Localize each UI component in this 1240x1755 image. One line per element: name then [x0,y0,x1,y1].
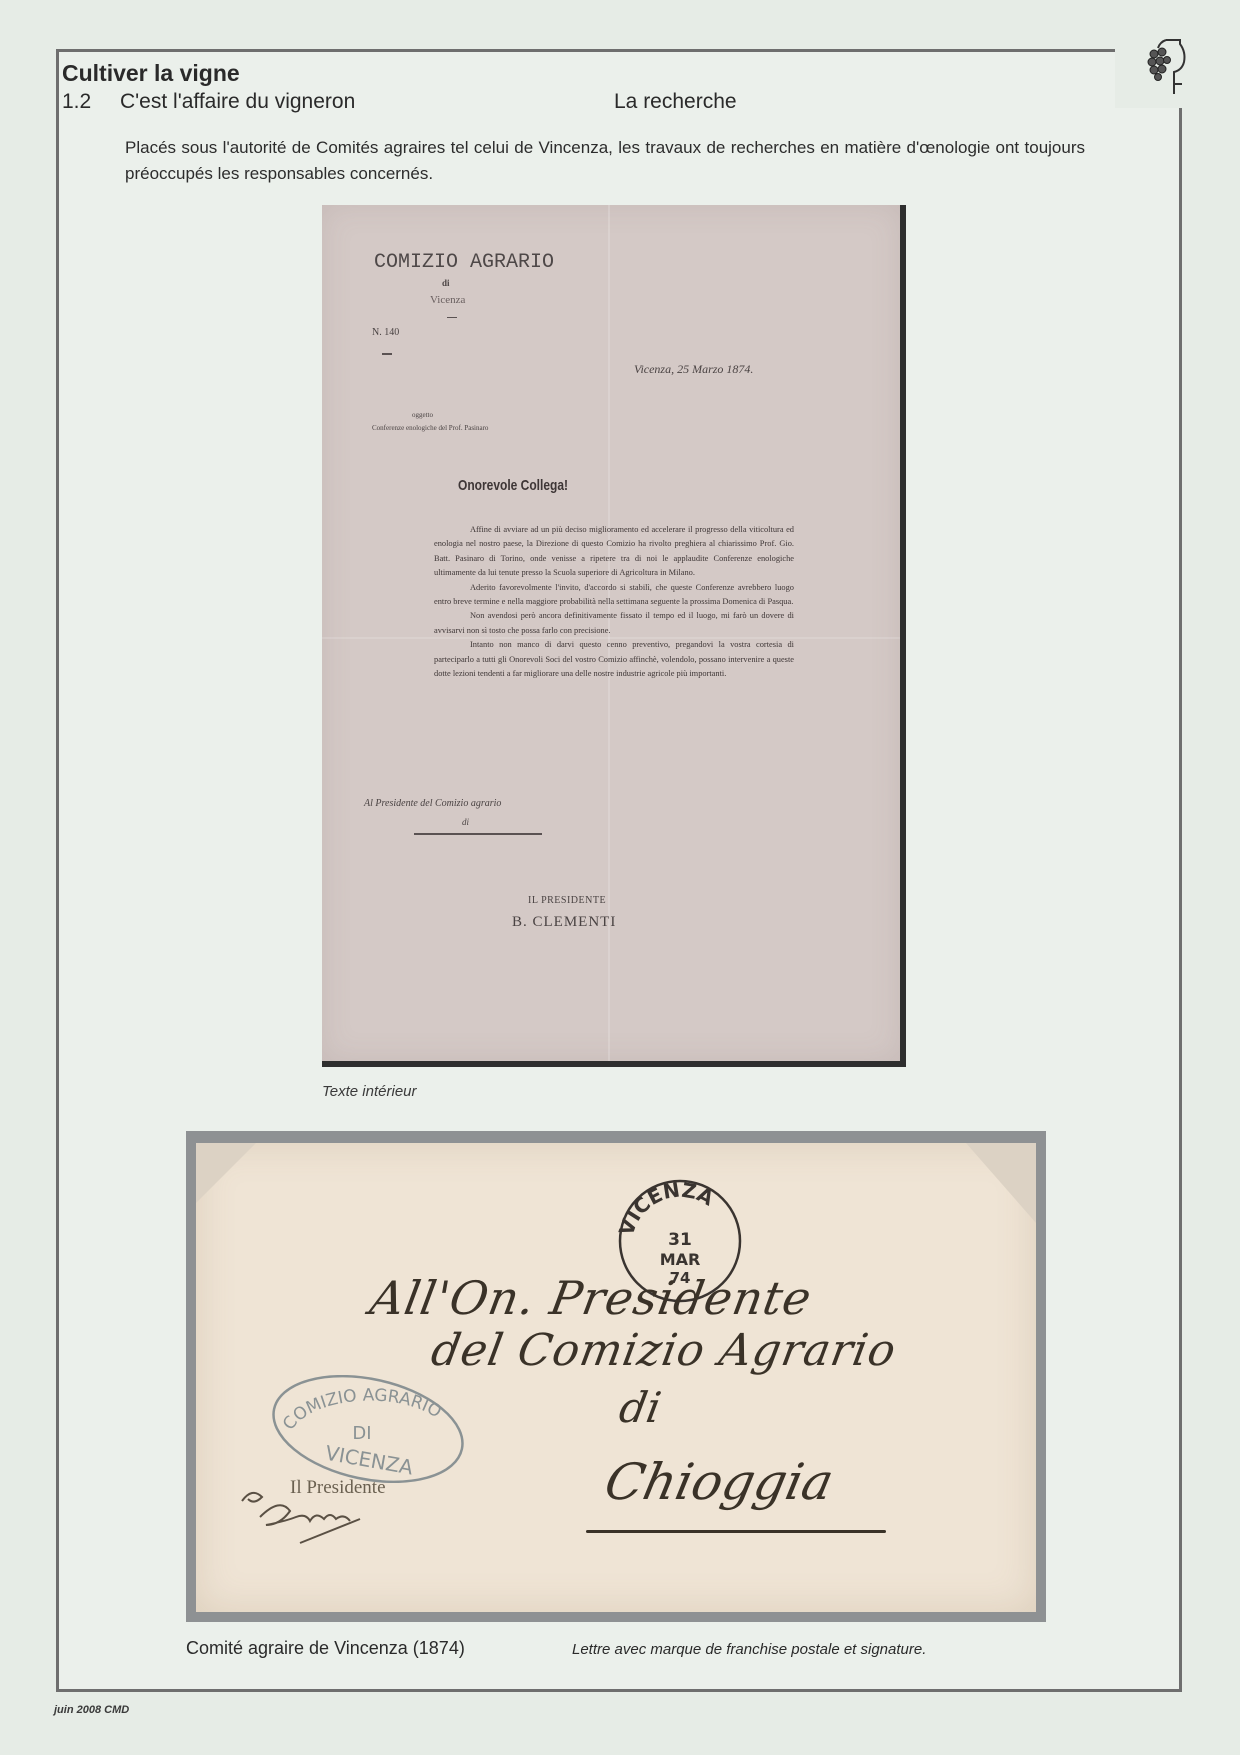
caption-envelope-right: Lettre avec marque de franchise postale … [572,1641,926,1658]
letter-paragraph: Affine di avviare ad un più deciso migli… [434,523,794,581]
envelope-corner [966,1143,1036,1223]
letter-date: Vicenza, 25 Marzo 1874. [634,362,753,377]
section-number: 1.2 [62,90,91,114]
protocol-number: N. 140 [372,327,399,338]
addressee-line [414,833,542,835]
signature-name: B. CLEMENTI [512,914,616,931]
letter-city: Vicenza [430,294,465,306]
page-title: Cultiver la vigne [62,60,240,87]
divider [447,317,457,318]
address-line-2: del Comizio Agrario [428,1325,901,1376]
address-line-1: All'On. Presidente [366,1271,816,1325]
franchise-oval-stamp: COMIZIO AGRARIO DI VICENZA [268,1375,468,1483]
address-line-4: Chioggia [600,1453,839,1511]
letter-heading-di: di [442,278,450,288]
address-line-3: di [616,1383,665,1432]
interior-letter: COMIZIO AGRARIO di Vicenza N. 140 Vicenz… [322,205,906,1067]
footer-credit: juin 2008 CMD [54,1704,129,1716]
postmark-day: 31 [668,1230,692,1250]
intro-paragraph: Placés sous l'autorité de Comités agrair… [125,135,1085,187]
letter-paragraph: Intanto non manco di darvi questo cenno … [434,638,794,681]
letter-paragraph: Non avendosi però ancora definitivamente… [434,609,794,638]
signature-label: IL PRESIDENTE [528,895,606,906]
handwritten-signature [230,1473,430,1553]
letter-body: Affine di avviare ad un più deciso migli… [434,523,794,681]
object-label: oggetto [412,411,433,419]
postmark-month: MAR [660,1250,701,1269]
oval-stamp-line2: DI [352,1423,371,1444]
topic-title: La recherche [614,90,737,114]
address-underline [586,1530,886,1533]
addressee-di: di [462,817,469,827]
salutation: Onorevole Collega! [458,477,568,494]
caption-interior: Texte intérieur [322,1083,417,1100]
addressee: Al Presidente del Comizio agrario [364,798,501,809]
envelope-corner [196,1143,256,1203]
letter-heading: COMIZIO AGRARIO [374,251,554,274]
letter-paragraph: Aderito favorevolmente l'invito, d'accor… [434,581,794,610]
object-text: Conferenze enologiche del Prof. Pasinaro [372,424,488,432]
envelope: VICENZA 31 MAR 74 COMIZIO AGRARIO DI VIC… [196,1143,1036,1612]
grapes-and-wine-glass-icon [1140,34,1192,102]
caption-envelope-left: Comité agraire de Vincenza (1874) [186,1638,465,1659]
divider [382,353,392,355]
section-title: C'est l'affaire du vigneron [120,90,355,114]
envelope-mount: VICENZA 31 MAR 74 COMIZIO AGRARIO DI VIC… [186,1131,1046,1622]
